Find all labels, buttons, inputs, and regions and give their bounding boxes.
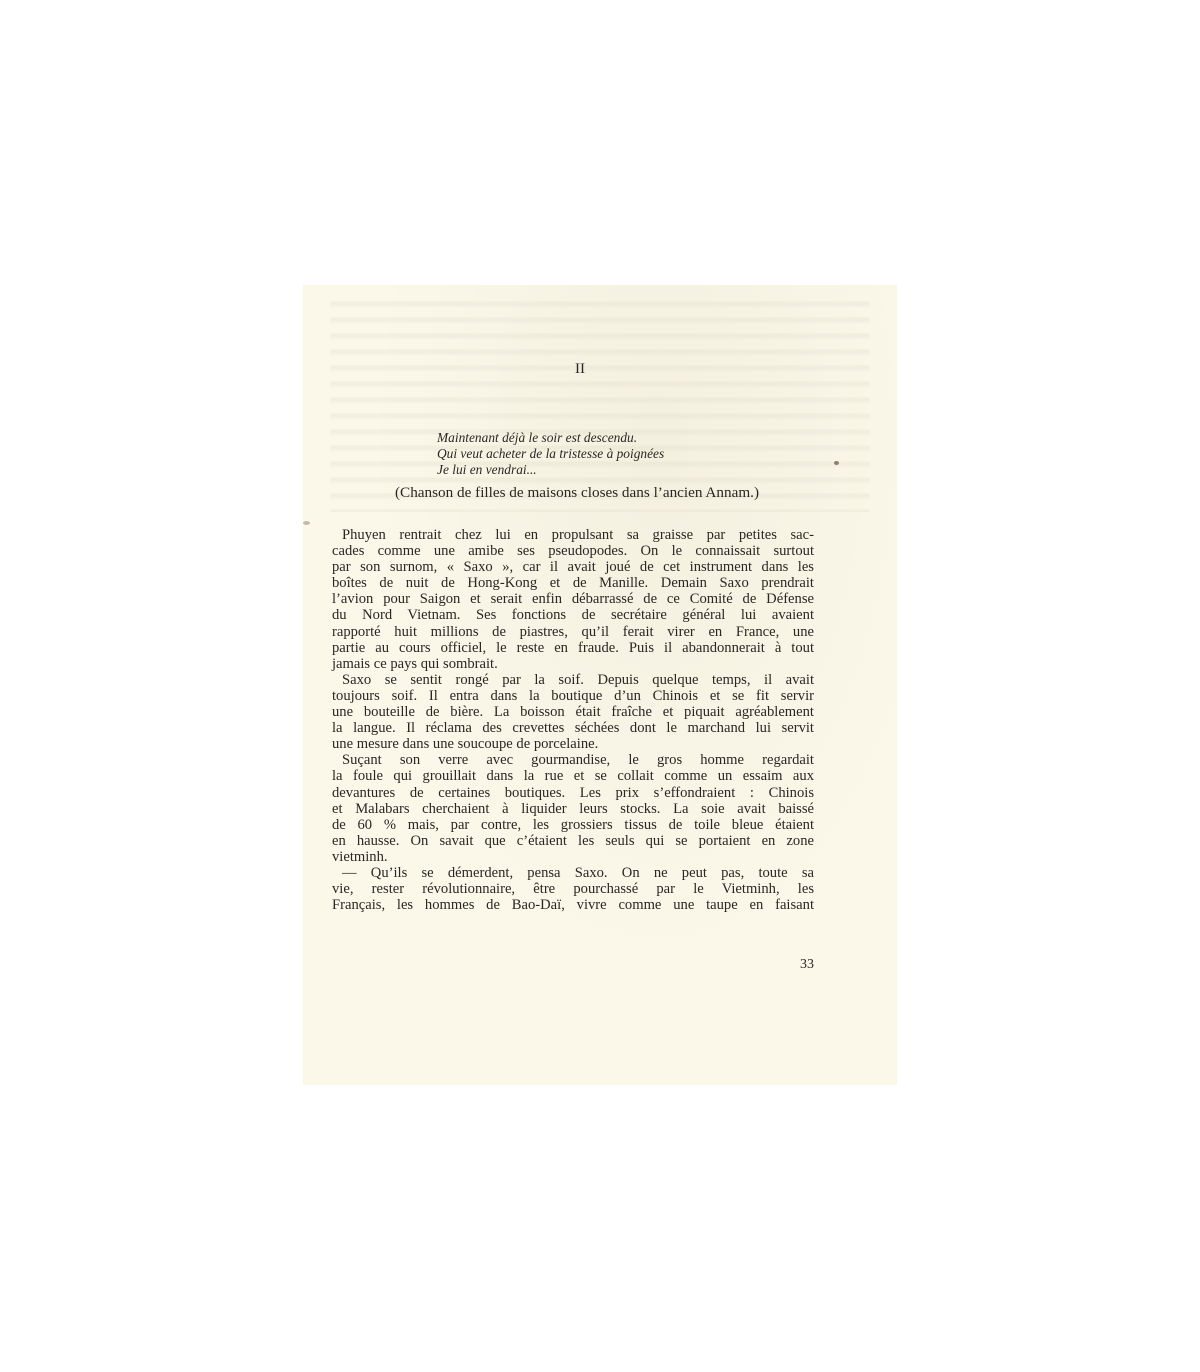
text-line: cades comme une amibe ses pseudopodes. O… [332, 543, 814, 559]
text-line: Suçant son verre avec gourmandise, le gr… [332, 752, 814, 768]
text-line: vie, rester révolutionnaire, être pourch… [332, 881, 814, 897]
text-line: — Qu’ils se démerdent, pensa Saxo. On ne… [332, 865, 814, 881]
epigraph-line: Qui veut acheter de la tristesse à poign… [437, 446, 797, 462]
text-line: rapporté huit millions de piastres, qu’i… [332, 624, 814, 640]
text-line: en hausse. On savait que c’étaient les s… [332, 833, 814, 849]
text-line: la langue. Il réclama des crevettes séch… [332, 720, 814, 736]
text-line: devantures de certaines boutiques. Les p… [332, 785, 814, 801]
epigraph-line: Je lui en vendrai... [437, 462, 797, 478]
text-line: Français, les hommes de Bao-Daï, vivre c… [332, 897, 814, 913]
text-line: boîtes de nuit de Hong-Kong et de Manill… [332, 575, 814, 591]
body-text: Phuyen rentrait chez lui en propulsant s… [332, 527, 814, 913]
text-line: la foule qui grouillait dans la rue et s… [332, 768, 814, 784]
epigraph-attribution: (Chanson de filles de maisons closes dan… [395, 484, 825, 502]
text-line: du Nord Vietnam. Ses fonctions de secrét… [332, 607, 814, 623]
text-line: de 60 % mais, par contre, les grossiers … [332, 817, 814, 833]
paper-speck [834, 461, 839, 465]
text-line: Phuyen rentrait chez lui en propulsant s… [332, 527, 814, 543]
paragraph: Suçant son verre avec gourmandise, le gr… [332, 752, 814, 865]
text-line: Saxo se sentit rongé par la soif. Depuis… [332, 672, 814, 688]
paragraph: Saxo se sentit rongé par la soif. Depuis… [332, 672, 814, 752]
paragraph: — Qu’ils se démerdent, pensa Saxo. On ne… [332, 865, 814, 913]
text-line: par son surnom, « Saxo », car il avait j… [332, 559, 814, 575]
page-number: 33 [790, 957, 814, 973]
text-line: une bouteille de bière. La boisson était… [332, 704, 814, 720]
show-through-text [330, 292, 870, 512]
text-line: partie au cours officiel, le reste en fr… [332, 640, 814, 656]
epigraph-line: Maintenant déjà le soir est descendu. [437, 430, 797, 446]
text-line: et Malabars cherchaient à liquider leurs… [332, 801, 814, 817]
paragraph: Phuyen rentrait chez lui en propulsant s… [332, 527, 814, 672]
paper-speck [303, 521, 310, 525]
text-line: l’avion pour Saigon et serait enfin déba… [332, 591, 814, 607]
text-line: jamais ce pays qui sombrait. [332, 656, 814, 672]
epigraph: Maintenant déjà le soir est descendu. Qu… [437, 430, 797, 478]
text-line: vietminh. [332, 849, 814, 865]
text-line: une mesure dans une soucoupe de porcelai… [332, 736, 814, 752]
text-line: toujours soif. Il entra dans la boutique… [332, 688, 814, 704]
chapter-number: II [560, 361, 600, 378]
